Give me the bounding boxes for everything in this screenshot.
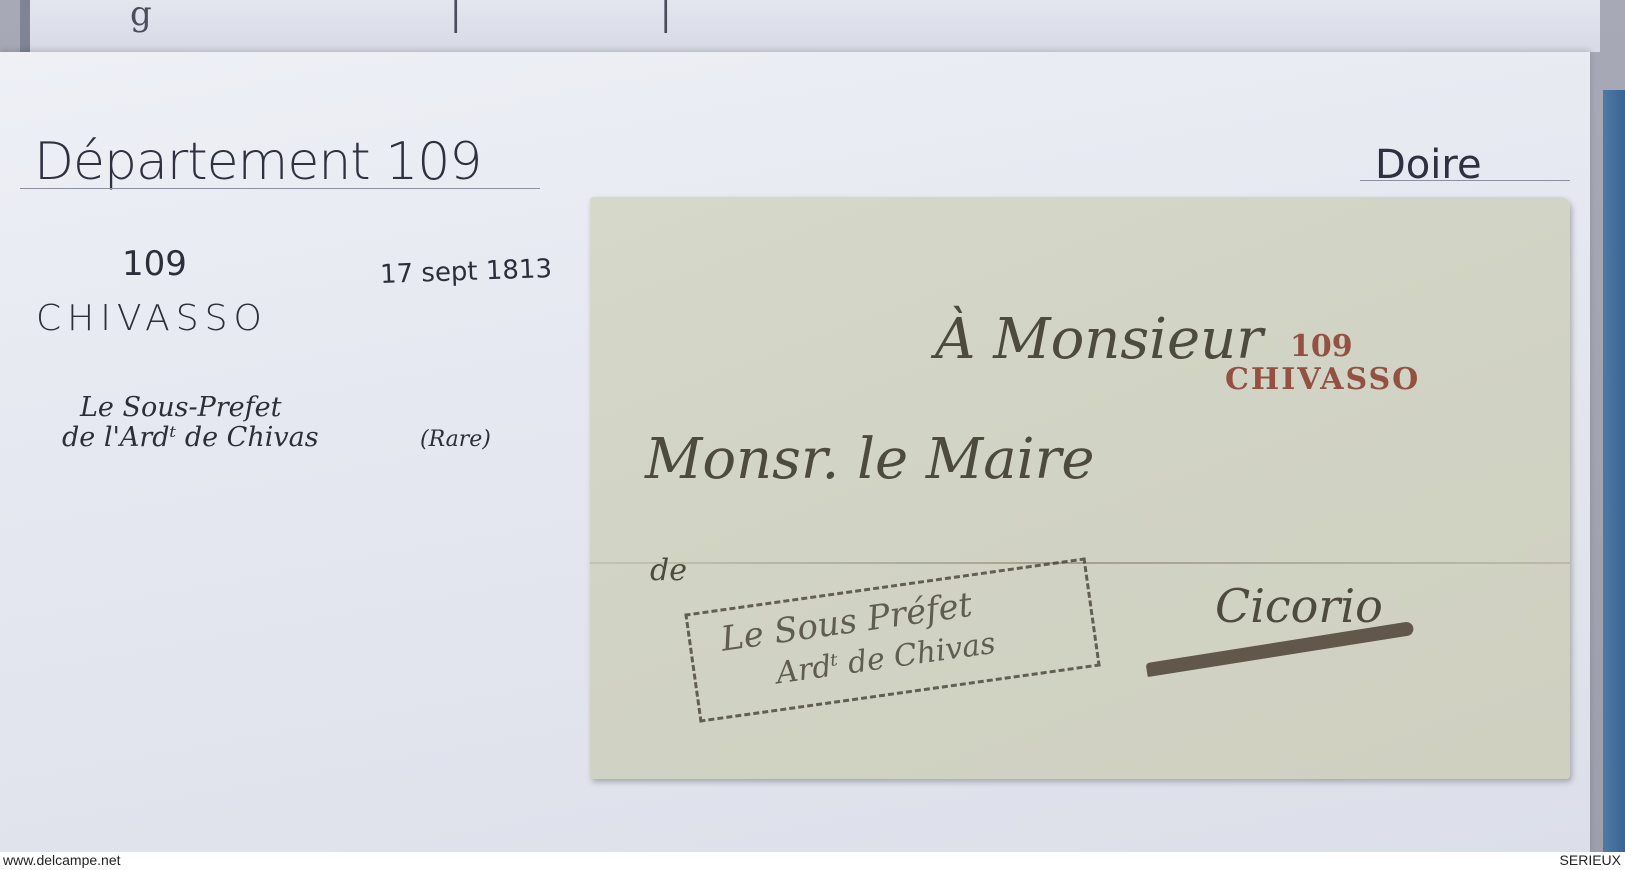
sender-prefix: de (650, 553, 687, 588)
town-note: CHIVASSO (36, 298, 268, 339)
address-line-2: Monsr. le Maire (645, 427, 1094, 492)
region-label: Doire (1375, 142, 1482, 188)
site-watermark: www.delcampe.net (3, 852, 121, 868)
watermark-bar: www.delcampe.net SERIEUX (0, 852, 1625, 870)
red-postmark-number: 109 (1290, 329, 1353, 364)
sender-note-line1: Le Sous-Prefet (80, 392, 282, 423)
sender-note-line2: de l'Ardᵗ de Chivas (62, 422, 319, 453)
postmark-number-note: 109 (122, 244, 187, 284)
date-note: 17 sept 1813 (380, 254, 553, 290)
red-postmark-town: CHIVASSO (1225, 362, 1420, 397)
previous-album-page: g | | (20, 0, 1600, 52)
boxed-cachet: Le Sous Préfet Ardᵗ de Chivas (684, 557, 1100, 722)
entire-letter: À Monsieur 109 CHIVASSO Monsr. le Maire … (590, 197, 1570, 779)
page-heading: Département 109 (34, 132, 481, 192)
seller-watermark: SERIEUX (1560, 852, 1621, 868)
album-page: Département 109 Doire 109 17 sept 1813 C… (0, 52, 1590, 852)
photo: g | | Département 109 Doire 109 17 sept … (0, 0, 1625, 852)
address-line-1: À Monsieur (935, 307, 1263, 372)
handwriting-fragment: g (130, 0, 212, 34)
rarity-note: (Rare) (420, 427, 491, 452)
handwriting-fragment: | (450, 0, 521, 34)
address-line-3: Cicorio (1215, 579, 1383, 633)
handwriting-fragment: | (660, 0, 731, 34)
region-underline (1360, 180, 1570, 181)
heading-underline (20, 188, 540, 189)
blue-binder-edge (1603, 90, 1625, 852)
